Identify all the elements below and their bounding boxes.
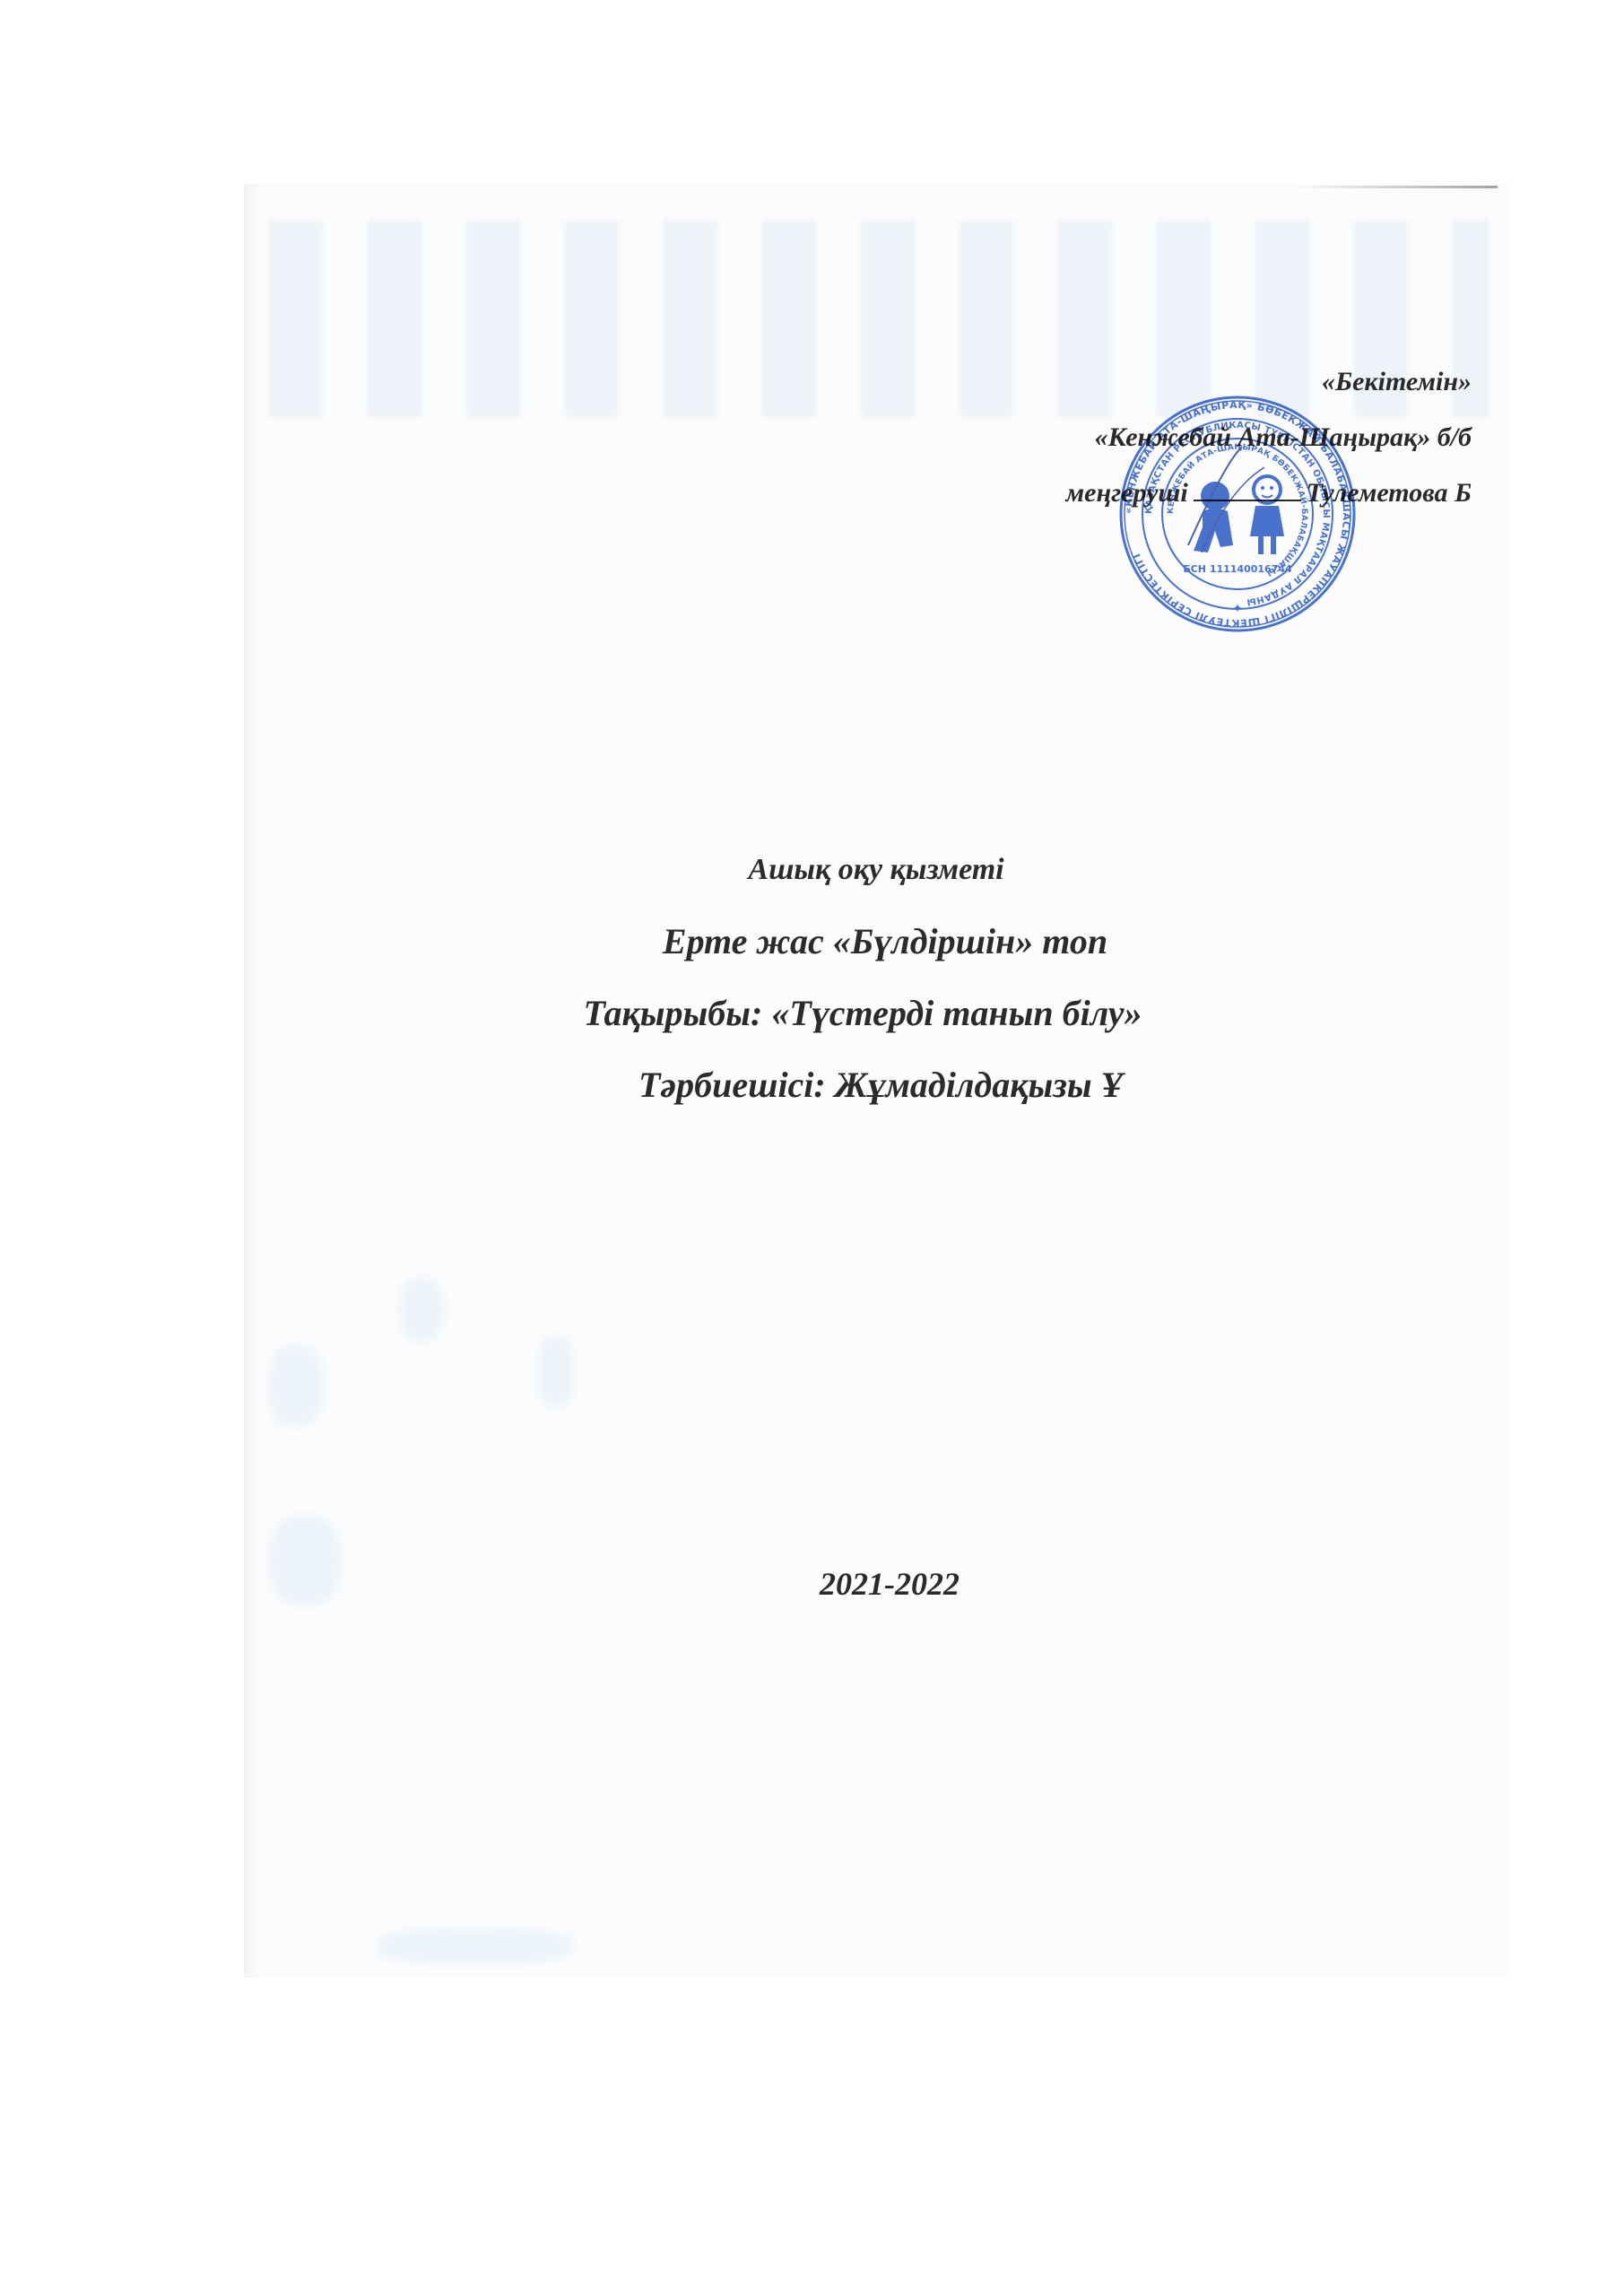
svg-text:«КЕНЖЕБАЙ АТА-ШАҢЫРАҚ» БӨБЕКЖА: «КЕНЖЕБАЙ АТА-ШАҢЫРАҚ» БӨБЕКЖАЙ-БАЛАБАҚШ… [1123, 399, 1352, 629]
stamp-outer-text: «КЕНЖЕБАЙ АТА-ШАҢЫРАҚ» БӨБЕКЖАЙ-БАЛАБАҚШ… [1123, 399, 1352, 629]
stamp-inner-text: КЕНЖЕБАЙ АТА-ШАҢЫРАҚ БӨБЕКЖАЙ-БАЛАБАҚШАС… [1167, 443, 1309, 578]
lesson-topic: Тақырыбы: «Түстерді танып білу» [217, 978, 1508, 1049]
svg-text:КЕНЖЕБАЙ АТА-ШАҢЫРАҚ БӨБЕКЖАЙ-: КЕНЖЕБАЙ АТА-ШАҢЫРАҚ БӨБЕКЖАЙ-БАЛАБАҚШАС… [1167, 443, 1309, 578]
group-name: Ерте жас «Бүлдіршін» топ [262, 906, 1508, 978]
title-block: Ашық оқу қызметі Ерте жас «Бүлдіршін» то… [244, 834, 1508, 1121]
stamp-star-icon: ✦ [1232, 603, 1243, 616]
teacher-name: Тәрбиешісі: Жұмаділдақызы Ұ [253, 1049, 1508, 1121]
official-stamp-icon: «КЕНЖЕБАЙ АТА-ШАҢЫРАҚ» БӨБЕКЖАЙ-БАЛАБАҚШ… [1116, 393, 1359, 635]
stamp-bin: БСН 111140016744 [1183, 563, 1292, 575]
paper-blot [377, 1928, 574, 1964]
scan-edge-line [1291, 186, 1498, 188]
paper-blot [399, 1278, 444, 1341]
paper-blot [538, 1336, 574, 1408]
academic-year: 2021-2022 [244, 1565, 1508, 1603]
paper-blot [269, 1345, 323, 1426]
activity-type: Ашық оқу қызметі [244, 834, 1508, 906]
